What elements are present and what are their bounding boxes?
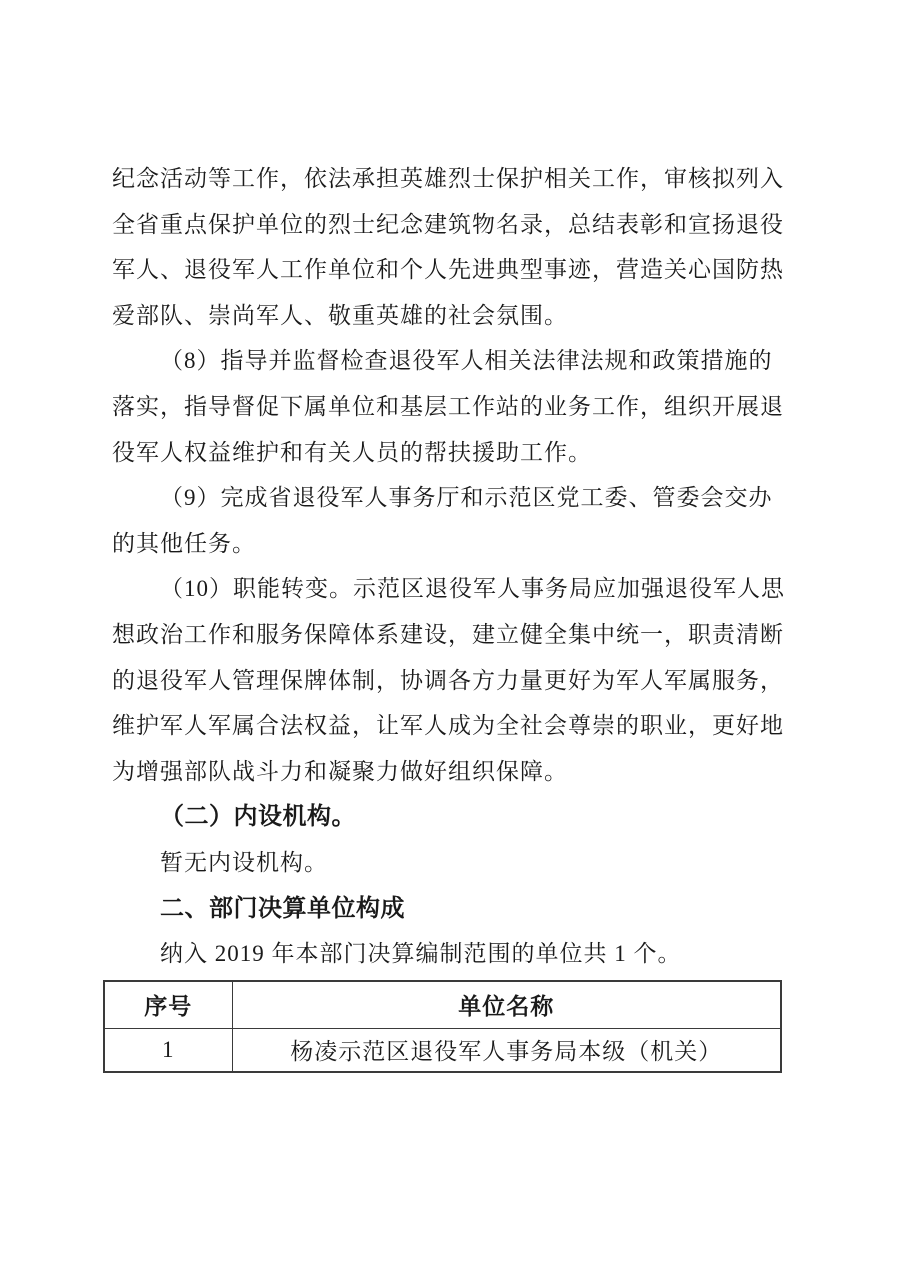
table-header-row: 序号 单位名称 [104, 981, 781, 1029]
body-line-para-duties-continued: 爱部队、崇尚军人、敬重英雄的社会氛围。 [112, 293, 784, 339]
body-line-para-item-9: 的其他任务。 [112, 521, 784, 567]
body-line-para-duties-continued: 纪念活动等工作，依法承担英雄烈士保护相关工作，审核拟列入 [112, 156, 784, 202]
body-line-para-item-8: 落实，指导督促下属单位和基层工作站的业务工作，组织开展退 [112, 384, 784, 430]
heading-line-heading-section-2: 二、部门决算单位构成 [112, 886, 784, 932]
body-line-para-duties-continued: 军人、退役军人工作单位和个人先进典型事迹，营造关心国防热 [112, 247, 784, 293]
body-line-para-item-8: （8）指导并监督检查退役军人相关法律法规和政策措施的 [112, 338, 784, 384]
body-line-para-item-10: 为增强部队战斗力和凝聚力做好组织保障。 [112, 749, 784, 795]
body-line-para-item-10: 维护军人军属合法权益，让军人成为全社会尊崇的职业，更好地 [112, 703, 784, 749]
body-line-para-item-10: （10）职能转变。示范区退役军人事务局应加强退役军人思 [112, 566, 784, 612]
table-row: 1 杨凌示范区退役军人事务局本级（机关） [104, 1028, 781, 1072]
table-header-unit-name: 单位名称 [232, 981, 781, 1029]
table-cell-serial-number: 1 [104, 1028, 232, 1072]
table-cell-unit-name: 杨凌示范区退役军人事务局本级（机关） [232, 1028, 781, 1072]
document-page: 纪念活动等工作，依法承担英雄烈士保护相关工作，审核拟列入全省重点保护单位的烈士纪… [0, 0, 900, 1273]
table-header-serial-number: 序号 [104, 981, 232, 1029]
body-line-para-item-9: （9）完成省退役军人事务厅和示范区党工委、管委会交办 [112, 475, 784, 521]
body-line-para-scope: 纳入 2019 年本部门决算编制范围的单位共 1 个。 [112, 931, 784, 977]
body-line-para-item-10: 想政治工作和服务保障体系建设，建立健全集中统一，职责清断 [112, 612, 784, 658]
body-line-para-item-10: 的退役军人管理保牌体制，协调各方力量更好为军人军属服务， [112, 658, 784, 704]
body-line-para-duties-continued: 全省重点保护单位的烈士纪念建筑物名录，总结表彰和宣扬退役 [112, 202, 784, 248]
document-body: 纪念活动等工作，依法承担英雄烈士保护相关工作，审核拟列入全省重点保护单位的烈士纪… [112, 156, 784, 1073]
body-line-para-no-internal-org: 暂无内设机构。 [112, 840, 784, 886]
unit-composition-table: 序号 单位名称 1 杨凌示范区退役军人事务局本级（机关） [103, 980, 782, 1073]
heading-line-heading-internal-org: （二）内设机构。 [112, 794, 784, 840]
body-line-para-item-8: 役军人权益维护和有关人员的帮扶援助工作。 [112, 430, 784, 476]
